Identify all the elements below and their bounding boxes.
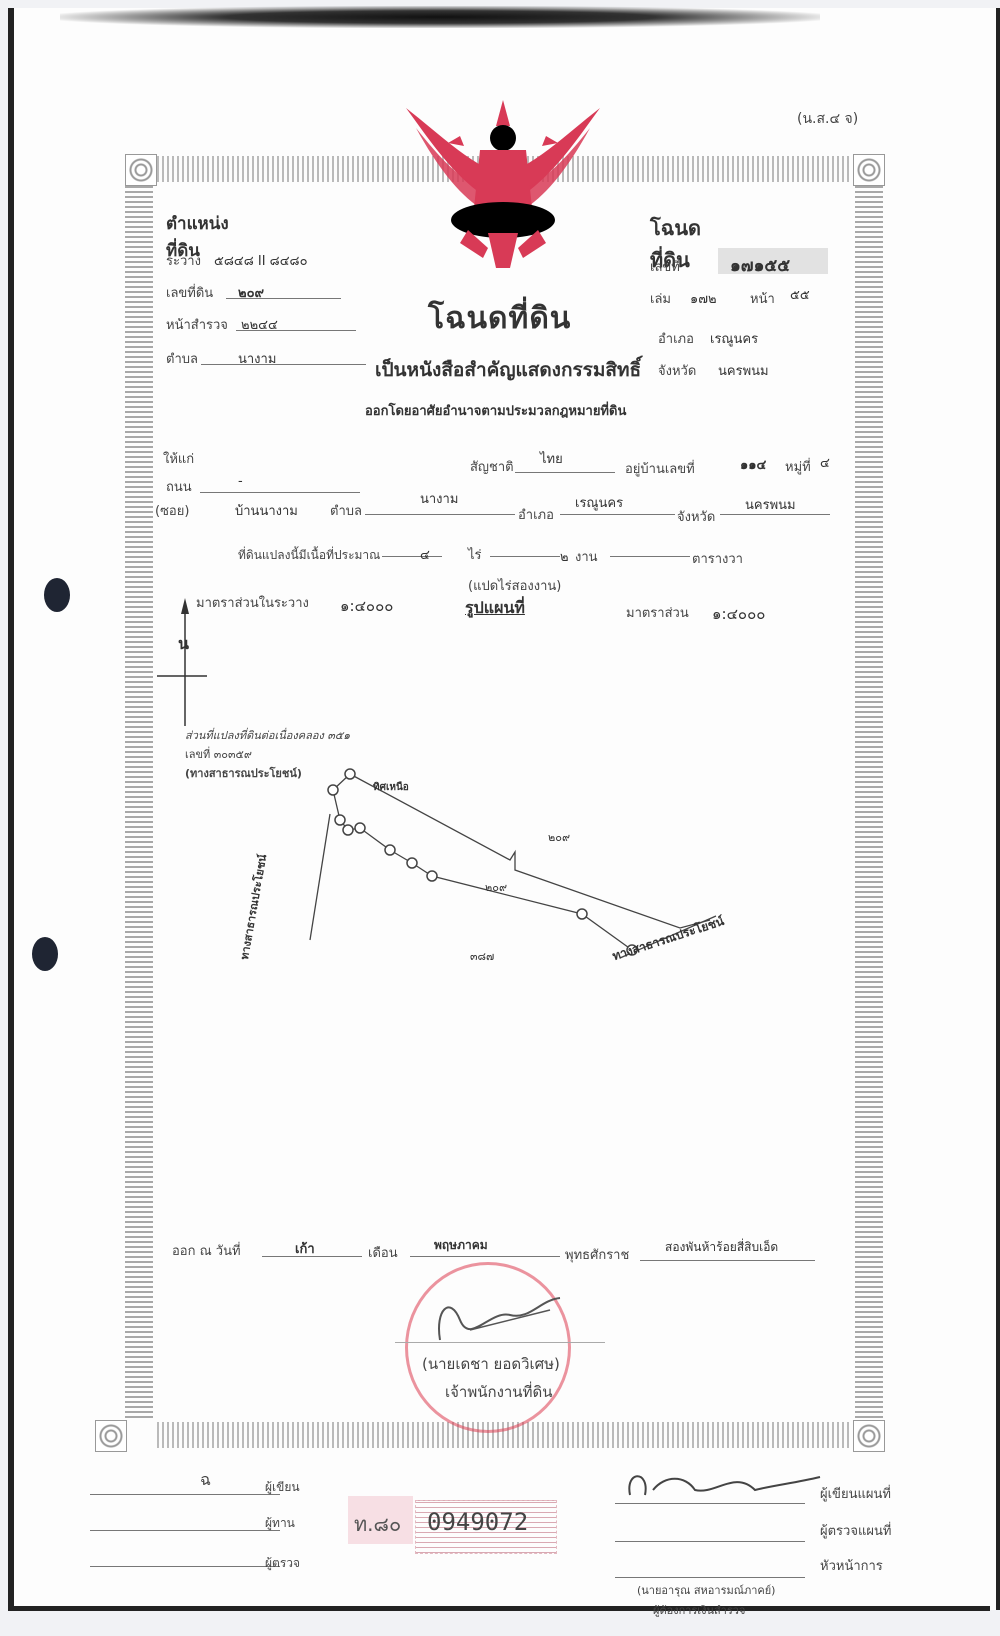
- underline: [200, 492, 360, 493]
- document-title: โฉนดที่ดิน: [428, 295, 571, 342]
- survey-page-label: หน้าสำรวจ: [166, 314, 228, 335]
- footer-role-copier: ผู้ทาน: [265, 1514, 295, 1533]
- document-subtitle: เป็นหนังสือสำคัญแสดงกรรมสิทธิ์: [375, 355, 641, 385]
- punch-hole-bottom: [32, 937, 58, 971]
- survey-sheet-label: ระวาง: [166, 250, 201, 271]
- area-rai-label: ไร่: [468, 544, 482, 565]
- map-heading: รูปแผนที่: [465, 596, 525, 621]
- page-label: หน้า: [750, 288, 775, 309]
- chief-name: (นายอารุณ สหอารมณ์ภาคย์): [637, 1581, 775, 1599]
- underline: [720, 514, 830, 515]
- underline: [236, 330, 356, 331]
- owner-subdistrict-value: นางาม: [420, 488, 458, 509]
- owner-subdistrict-label: ตำบล: [330, 500, 362, 521]
- survey-sheet-value: ๕๘๔๘ II ๘๔๘๐: [214, 250, 308, 271]
- parcel-label: ๒๐๙: [548, 828, 570, 846]
- footer-role-checker: ผู้ตรวจ: [265, 1554, 300, 1573]
- scan-shadow: [60, 6, 820, 28]
- frame-corner-ornament: [125, 154, 157, 186]
- underline: [382, 556, 442, 557]
- moo-value: ๔: [820, 452, 830, 473]
- official-title: เจ้าพนักงานที่ดิน: [445, 1380, 552, 1404]
- area-ngan-label: งาน: [575, 546, 598, 567]
- page-value: ๕๕: [790, 284, 810, 305]
- scan-edge: [8, 1606, 990, 1611]
- footer-role-writer: ผู้เขียน: [265, 1478, 300, 1497]
- underline: [90, 1566, 280, 1567]
- footer-role-chief: หัวหน้าการ: [820, 1555, 883, 1576]
- underline: [262, 1256, 362, 1257]
- form-code: (น.ส.๔ จ): [797, 108, 858, 130]
- underline: [615, 1577, 805, 1578]
- village-value: บ้านนางาม: [235, 500, 298, 521]
- map-writer-signature: [625, 1465, 825, 1505]
- province-label: จังหวัด: [658, 360, 696, 381]
- owner-district-value: เรณูนคร: [575, 492, 623, 513]
- punch-hole-top: [44, 578, 70, 612]
- area-note: (แปดไร่สองงาน): [468, 575, 561, 596]
- issue-year-label: พุทธศักราช: [565, 1244, 629, 1265]
- underline: [615, 1541, 805, 1542]
- area-ngan-value: ๒: [560, 546, 569, 567]
- underline: [640, 1260, 815, 1261]
- province-value: นครพนม: [718, 360, 769, 381]
- survey-page-value: ๒๒๔๔: [241, 314, 278, 335]
- owner-province-value: นครพนม: [745, 494, 796, 515]
- signature-line: [395, 1342, 605, 1343]
- official-name: (นายเดชา ยอดวิเศษ): [422, 1352, 560, 1376]
- issue-month-value: พฤษภาคม: [434, 1236, 488, 1255]
- initials: ฉ: [200, 1468, 211, 1493]
- frame-right-pattern: [855, 186, 883, 1418]
- book-value: ๑๗๒: [690, 288, 717, 309]
- scale-survey-value: ๑:๔๐๐๐: [340, 594, 393, 618]
- deed-number-label: เลขที่: [650, 256, 680, 277]
- parcel-label: ๒๐๙: [485, 878, 507, 896]
- footer-role-map-checker: ผู้ตรวจแผนที่: [820, 1520, 891, 1541]
- house-no-label: อยู่บ้านเลขที่: [625, 458, 695, 479]
- road-value: -: [238, 474, 243, 489]
- north-label: น: [178, 632, 189, 657]
- owner-district-label: อำเภอ: [518, 504, 554, 525]
- parcel-label: ๓๘๗: [470, 947, 494, 965]
- road-label: ถนน: [166, 476, 192, 497]
- frame-corner-ornament: [95, 1420, 127, 1452]
- issue-year-value: สองพันห้าร้อยสี่สิบเอ็ด: [665, 1238, 778, 1257]
- parcel-no-label: เลขที่ดิน: [166, 282, 213, 303]
- moo-label: หมู่ที่: [785, 456, 811, 477]
- underline: [610, 556, 690, 557]
- serial-no-value: 0949072: [427, 1508, 528, 1536]
- parcel-no-value: ๒๐๙: [238, 282, 264, 303]
- subdistrict-label: ตำบล: [166, 348, 198, 369]
- frame-corner-ornament: [853, 1420, 885, 1452]
- frame-corner-ornament: [853, 154, 885, 186]
- area-rai-value: ๔: [420, 544, 430, 565]
- underline: [560, 514, 675, 515]
- underline: [615, 1503, 805, 1504]
- underline: [490, 556, 560, 557]
- official-signature: [430, 1290, 570, 1350]
- underline: [226, 298, 341, 299]
- garuda-emblem-icon: [398, 98, 608, 273]
- underline: [515, 472, 615, 473]
- scale-label: มาตราส่วน: [626, 602, 689, 623]
- nationality-label: สัญชาติ: [470, 456, 514, 477]
- owner-to-label: ให้แก่: [163, 448, 194, 469]
- map-north-note: ทิศเหนือ: [373, 780, 409, 795]
- district-label: อำเภอ: [658, 328, 694, 349]
- owner-province-label: จังหวัด: [677, 506, 715, 527]
- chief-title: ผู้ต้องการเงินสำรวจ: [653, 1601, 745, 1619]
- issued-by-line: ออกโดยอาศัยอำนาจตามประมวลกฎหมายที่ดิน: [365, 400, 626, 421]
- district-value: เรณูนคร: [710, 328, 758, 349]
- underline: [90, 1494, 280, 1495]
- area-label: ที่ดินแปลงนี้มีเนื้อที่ประมาณ: [238, 546, 380, 565]
- underline: [90, 1530, 280, 1531]
- nationality-value: ไทย: [540, 448, 563, 469]
- frame-left-pattern: [125, 186, 153, 1418]
- form-no-value: ท.๘๐: [354, 1508, 401, 1540]
- issue-month-label: เดือน: [368, 1242, 398, 1263]
- footer-role-map-writer: ผู้เขียนแผนที่: [820, 1483, 891, 1504]
- house-no-value: ๑๑๔: [740, 454, 766, 475]
- underline: [410, 1256, 560, 1257]
- issued-label: ออก ณ วันที่: [172, 1240, 241, 1261]
- subdistrict-value: นางาม: [238, 348, 276, 369]
- area-wa-label: ตารางวา: [692, 548, 743, 569]
- scale-value: ๑:๔๐๐๐: [712, 602, 765, 626]
- underline: [365, 514, 515, 515]
- underline: [201, 364, 366, 365]
- deed-number-value: ๑๗๑๕๕: [730, 252, 790, 279]
- book-label: เล่ม: [650, 288, 671, 309]
- soi-label: (ซอย): [155, 500, 189, 521]
